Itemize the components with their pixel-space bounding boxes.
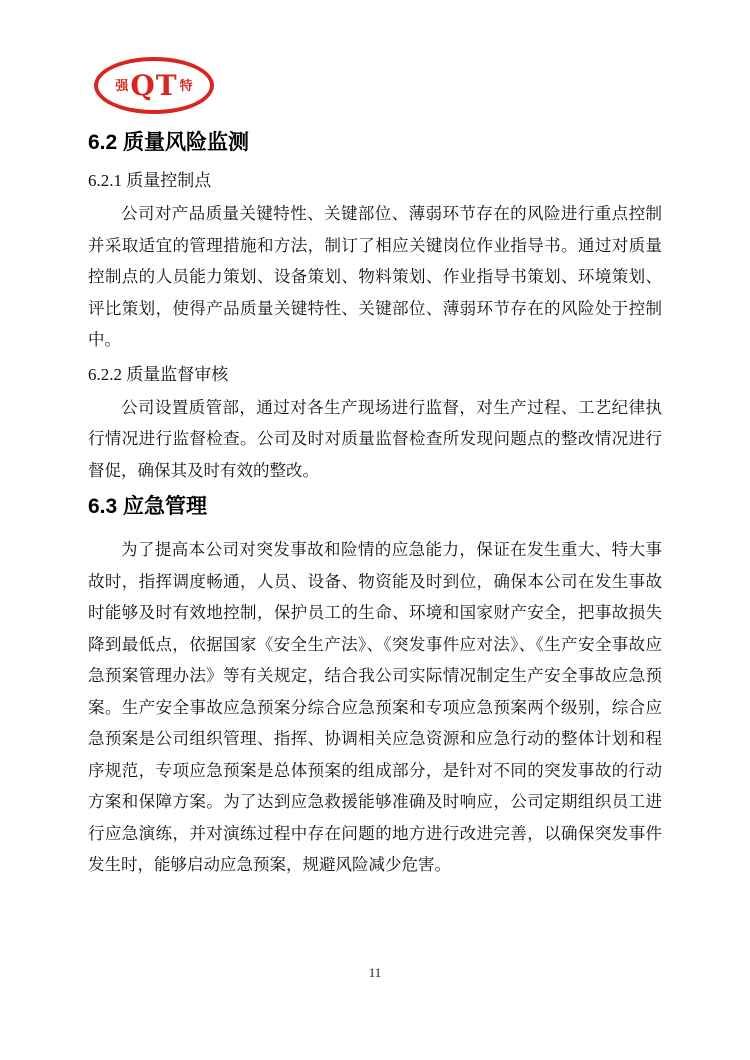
logo-right-character: 特	[180, 79, 193, 92]
document-page: 强 QT 特 6.2 质量风险监测 6.2.1 质量控制点 公司对产品质量关键特…	[0, 0, 750, 1060]
section-heading-6-3: 6.3 应急管理	[88, 492, 662, 522]
page-number: 11	[0, 965, 750, 981]
logo-qt-text: QT	[130, 72, 177, 100]
logo-left-character: 强	[115, 79, 128, 92]
section-heading-6-2: 6.2 质量风险监测	[88, 128, 662, 158]
paragraph-quality-supervision-audit: 公司设置质管部，通过对各生产现场进行监督，对生产过程、工艺纪律执行情况进行监督检…	[88, 392, 662, 487]
subsection-heading-6-2-1: 6.2.1 质量控制点	[88, 168, 662, 194]
paragraph-quality-control-points: 公司对产品质量关键特性、关键部位、薄弱环节存在的风险进行重点控制并采取适宜的管理…	[88, 198, 662, 356]
subsection-heading-6-2-2: 6.2.2 质量监督审核	[88, 362, 662, 388]
company-logo: 强 QT 特	[94, 57, 214, 114]
paragraph-emergency-management: 为了提高本公司对突发事故和险情的应急能力，保证在发生重大、特大事故时，指挥调度畅…	[88, 534, 662, 881]
